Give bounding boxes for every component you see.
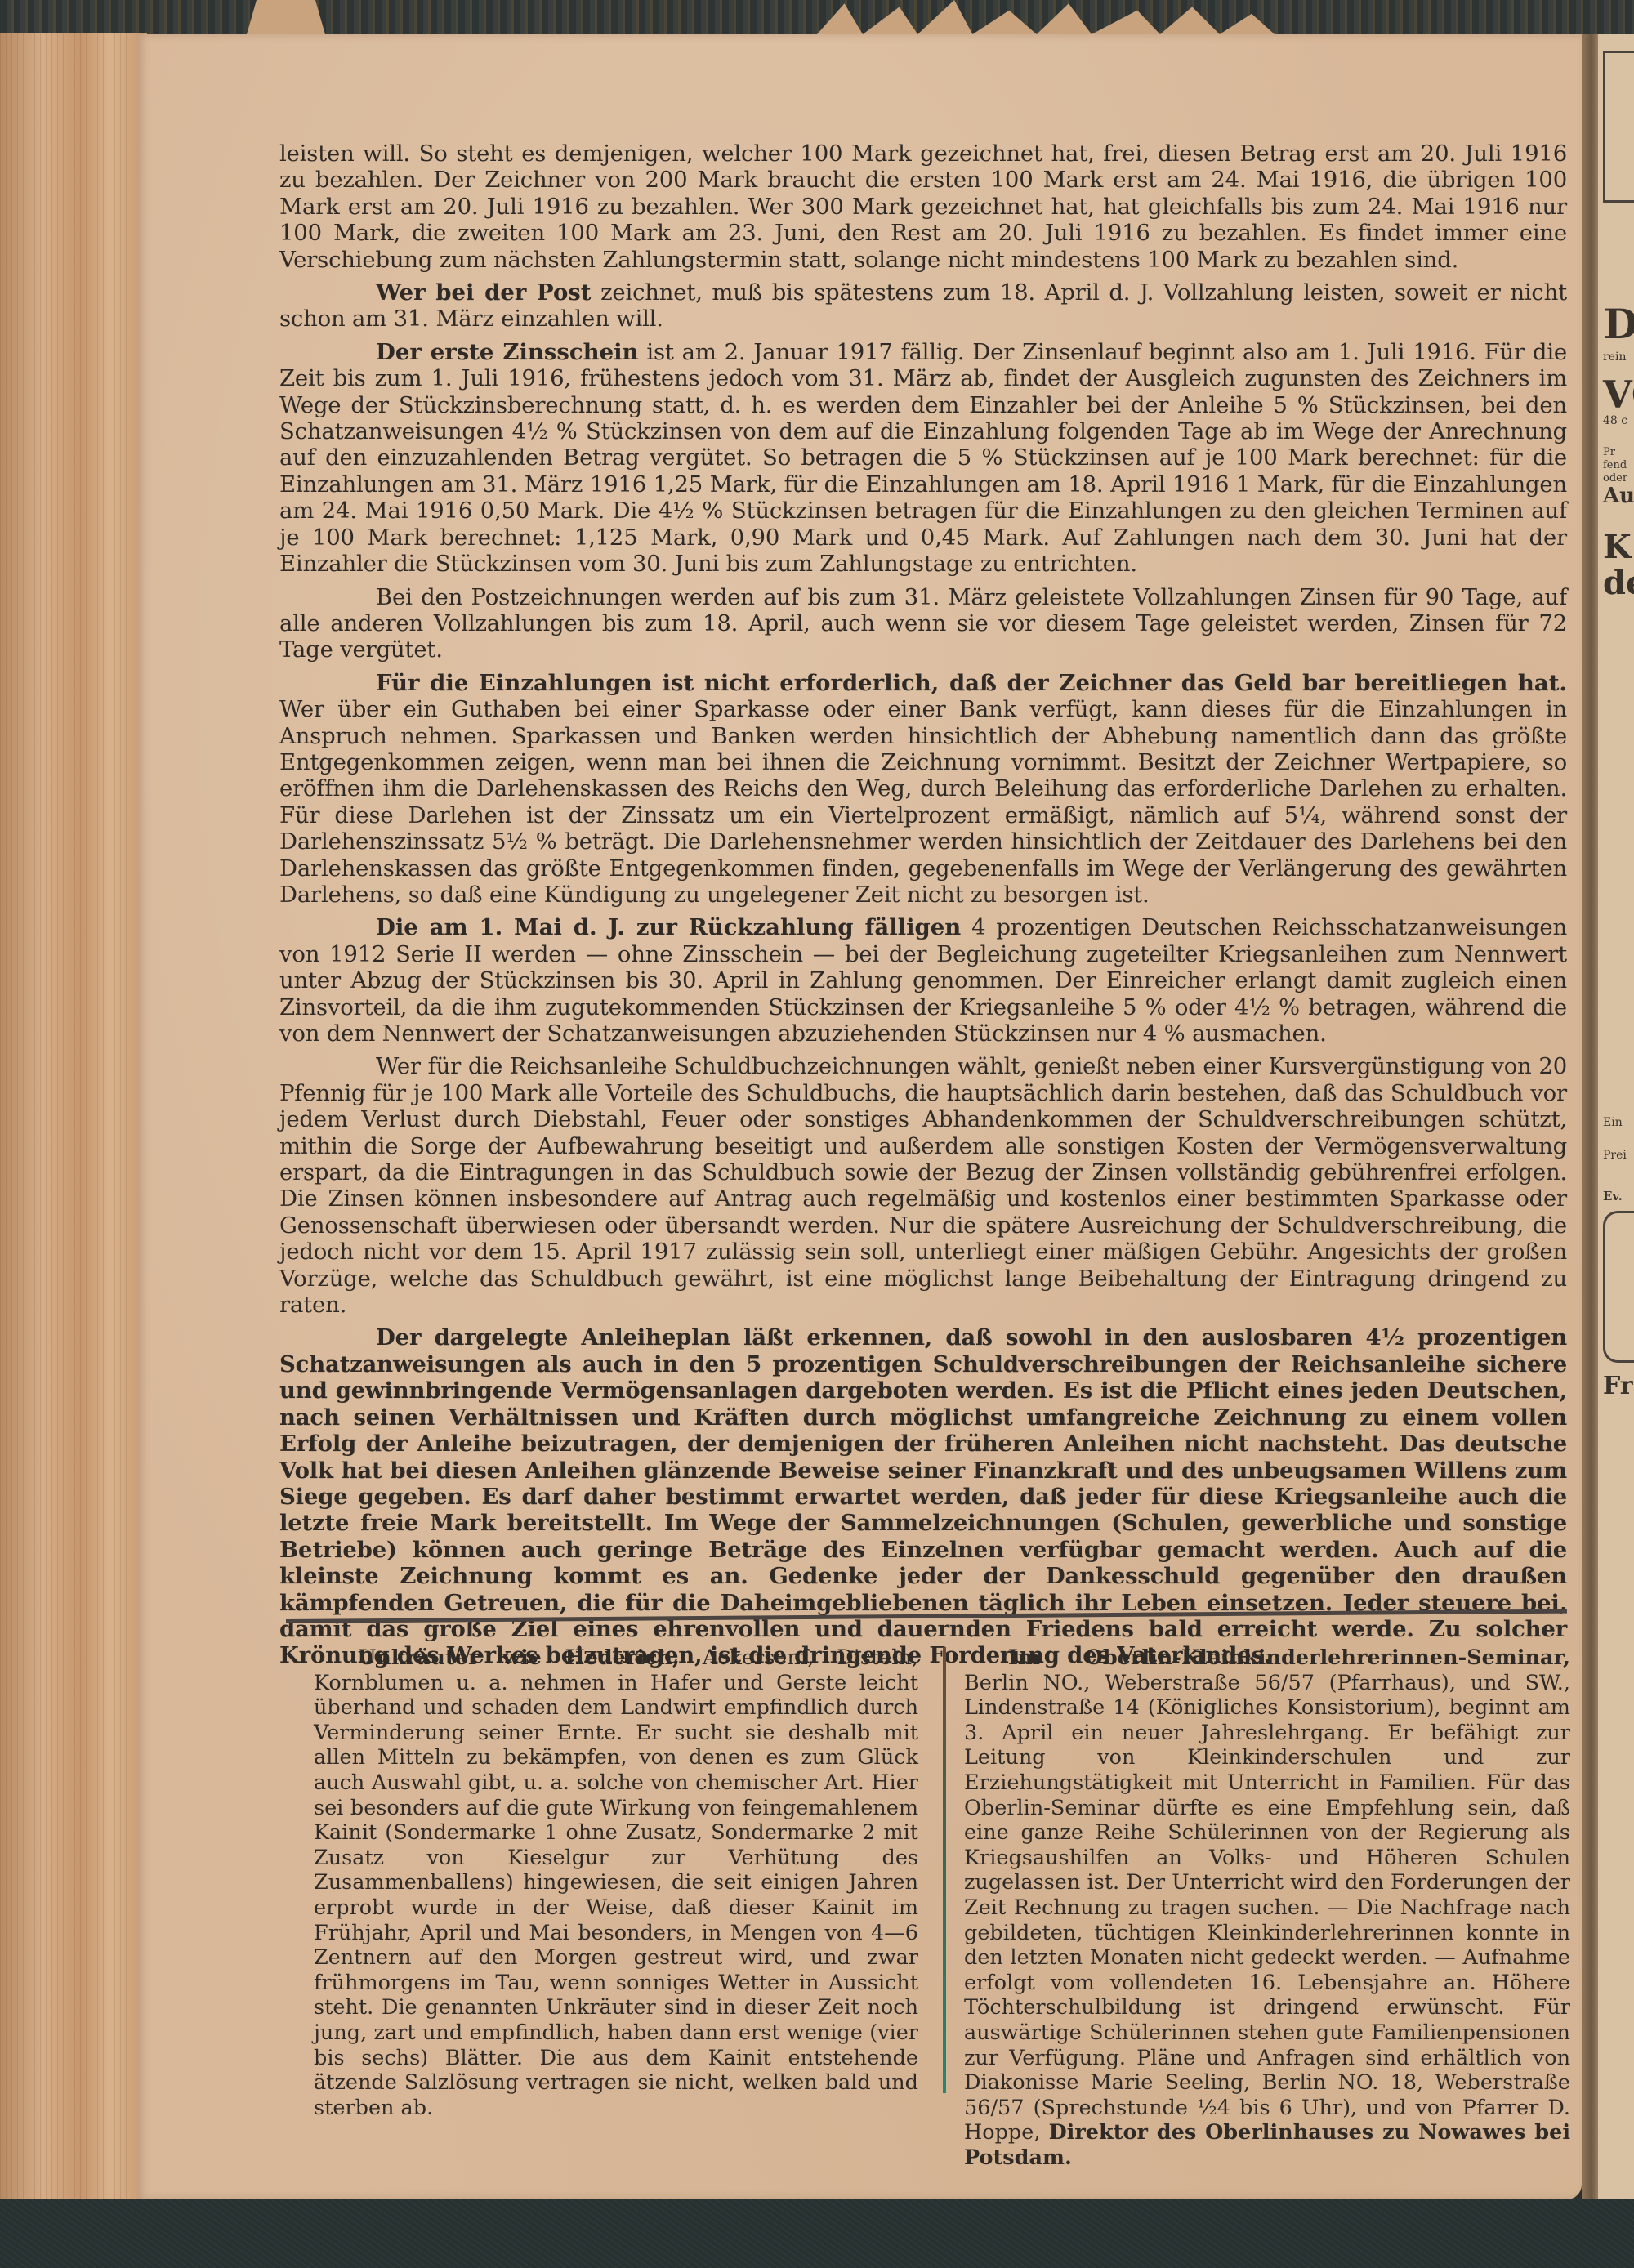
ad-box-frame bbox=[1603, 1211, 1634, 1363]
notice-lead: Im Oberlin-Kleinkinderlehrerinnen-Semina… bbox=[1008, 1645, 1570, 1670]
fragment-text: fend bbox=[1603, 460, 1627, 471]
paragraph-lead: Wer bei der Post bbox=[376, 279, 591, 306]
paragraph-lead: Die am 1. Mai d. J. zur Rückzahlung fäll… bbox=[376, 914, 961, 940]
torn-paper-scrap bbox=[237, 0, 335, 34]
notice-lead: Unkräuter wie Hederich, bbox=[358, 1645, 680, 1670]
fragment-text: Fr bbox=[1603, 1374, 1633, 1399]
notice-oberlin-seminar: Im Oberlin-Kleinkinderlehrerinnen-Semina… bbox=[964, 1645, 1570, 2170]
fragment-text: De bbox=[1603, 304, 1634, 345]
notice-weeds-kainit: Unkräuter wie Hederich, Ackersenf, Diste… bbox=[314, 1645, 918, 2120]
adjacent-page-fragment: De rein VO 48 c Pr fend oder Aug K de Ei… bbox=[1598, 34, 1634, 2199]
notice-tail: Direktor des Oberlinhauses zu Nowawes be… bbox=[964, 2120, 1570, 2170]
book-gutter bbox=[1582, 34, 1598, 2199]
page-stack-edge bbox=[0, 33, 147, 2206]
torn-paper-scrap bbox=[817, 0, 1275, 34]
fragment-text: Ev. bbox=[1603, 1190, 1623, 1203]
ad-box-frame bbox=[1603, 51, 1634, 203]
fragment-text: Pr bbox=[1603, 447, 1615, 458]
paragraph-lead: Für die Einzahlungen ist nicht erforderl… bbox=[376, 670, 1567, 696]
fragment-text: rein bbox=[1603, 351, 1626, 363]
article-paragraph: leisten will. So steht es demjenigen, we… bbox=[279, 141, 1567, 273]
book-binding-bottom bbox=[0, 2199, 1634, 2268]
article-paragraph: Wer für die Reichsanleihe Schuldbuchzeic… bbox=[279, 1053, 1567, 1318]
article-paragraph: Für die Einzahlungen ist nicht erforderl… bbox=[279, 670, 1567, 909]
book-binding-top bbox=[0, 0, 1634, 34]
fragment-text: K bbox=[1603, 531, 1632, 564]
fragment-text: VO bbox=[1603, 376, 1634, 413]
fragment-text: 48 c bbox=[1603, 415, 1627, 426]
column-divider bbox=[943, 1647, 946, 2093]
fragment-text: Prei bbox=[1603, 1150, 1627, 1161]
fragment-text: Aug bbox=[1603, 485, 1634, 507]
fragment-text: oder bbox=[1603, 473, 1627, 484]
article-paragraph: Wer bei der Post zeichnet, muß bis späte… bbox=[279, 279, 1567, 333]
article-paragraph: Der erste Zinsschein ist am 2. Januar 19… bbox=[279, 339, 1567, 578]
fragment-text: de bbox=[1603, 567, 1634, 600]
article-paragraph: Bei den Postzeichnungen werden auf bis z… bbox=[279, 584, 1567, 663]
fragment-text: Ein bbox=[1603, 1117, 1623, 1128]
paragraph-lead: Der erste Zinsschein bbox=[376, 339, 639, 365]
main-article: leisten will. So steht es demjenigen, we… bbox=[279, 141, 1567, 1676]
article-paragraph: Die am 1. Mai d. J. zur Rückzahlung fäll… bbox=[279, 914, 1567, 1047]
